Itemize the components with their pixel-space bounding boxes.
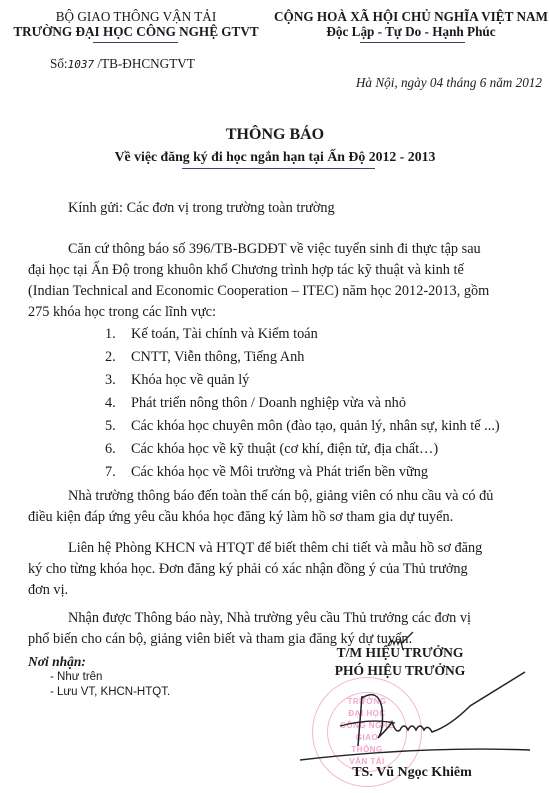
field-number: 1. xyxy=(105,326,131,343)
field-text: Kế toán, Tài chính và Kiểm toán xyxy=(131,326,318,342)
subject-underline xyxy=(182,168,375,169)
recipient-item: - Như trên xyxy=(50,671,102,683)
field-item: 5.Các khóa học chuyên môn (đào tạo, quản… xyxy=(105,418,500,435)
signer-name: TS. Vũ Ngọc Khiêm xyxy=(322,765,502,781)
field-item: 1.Kế toán, Tài chính và Kiểm toán xyxy=(105,326,318,343)
nation-motto: Độc Lập - Tự Do - Hạnh Phúc xyxy=(272,23,550,40)
para2-line1: Nhà trường thông báo đến toàn thể cán bộ… xyxy=(68,486,493,508)
field-item: 2.CNTT, Viễn thông, Tiếng Anh xyxy=(105,349,304,366)
field-number: 6. xyxy=(105,441,131,458)
recipients-label: Nơi nhận: xyxy=(28,654,86,670)
document-number: Số:1037 /TB-ĐHCNGTVT xyxy=(50,56,195,72)
handwritten-number: 1037 xyxy=(68,58,95,71)
para3-line3: đơn vị. xyxy=(28,580,68,602)
field-text: Các khóa học chuyên môn (đào tạo, quản l… xyxy=(131,418,500,434)
greeting: Kính gửi: Các đơn vị trong trường toàn t… xyxy=(68,198,335,220)
document-subject: Về việc đăng ký đi học ngắn hạn tại Ấn Đ… xyxy=(0,149,550,165)
para2-line2: điều kiện đáp ứng yêu cầu khóa học đăng … xyxy=(28,507,453,529)
field-number: 2. xyxy=(105,349,131,366)
para1-line3: (Indian Technical and Economic Cooperati… xyxy=(28,281,489,303)
field-item: 4.Phát triển nông thôn / Doanh nghiệp vừ… xyxy=(105,395,406,412)
para4-line1: Nhận được Thông báo này, Nhà trường yêu … xyxy=(68,608,471,630)
school-underline xyxy=(93,42,178,43)
field-text: Phát triển nông thôn / Doanh nghiệp vừa … xyxy=(131,395,406,411)
number-prefix: Số: xyxy=(50,56,68,71)
field-item: 3.Khóa học về quản lý xyxy=(105,372,249,389)
para3-line1: Liên hệ Phòng KHCN và HTQT để biết thêm … xyxy=(68,538,482,560)
field-text: CNTT, Viễn thông, Tiếng Anh xyxy=(131,349,304,365)
para1-line4: 275 khóa học trong các lĩnh vực: xyxy=(28,302,216,324)
field-number: 5. xyxy=(105,418,131,435)
school-name: TRƯỜNG ĐẠI HỌC CÔNG NGHỆ GTVT xyxy=(0,23,272,40)
field-number: 4. xyxy=(105,395,131,412)
para1-line1: Căn cứ thông báo số 396/TB-BGDĐT về việc… xyxy=(68,239,481,261)
field-text: Các khóa học về Môi trường và Phát triển… xyxy=(131,464,428,480)
field-number: 3. xyxy=(105,372,131,389)
field-text: Khóa học về quản lý xyxy=(131,372,249,388)
motto-underline xyxy=(360,42,465,43)
handwritten-signature-icon xyxy=(300,668,540,768)
field-item: 6.Các khóa học về kỹ thuật (cơ khí, điện… xyxy=(105,441,438,458)
para3-line2: ký cho từng khóa học. Đơn đăng ký phải c… xyxy=(28,559,532,581)
field-item: 7.Các khóa học về Môi trường và Phát tri… xyxy=(105,464,428,481)
field-text: Các khóa học về kỹ thuật (cơ khí, điện t… xyxy=(131,441,438,457)
field-number: 7. xyxy=(105,464,131,481)
document-title: THÔNG BÁO xyxy=(0,126,550,144)
date-line: Hà Nội, ngày 04 tháng 6 năm 2012 xyxy=(356,75,542,91)
signature-on-behalf: T/M HIỆU TRƯỞNG xyxy=(305,645,495,661)
recipient-item: - Lưu VT, KHCN-HTQT. xyxy=(50,686,170,698)
number-suffix: /TB-ĐHCNGTVT xyxy=(94,56,195,71)
para1-line2: đại học tại Ấn Độ trong khuôn khổ Chương… xyxy=(28,260,532,282)
